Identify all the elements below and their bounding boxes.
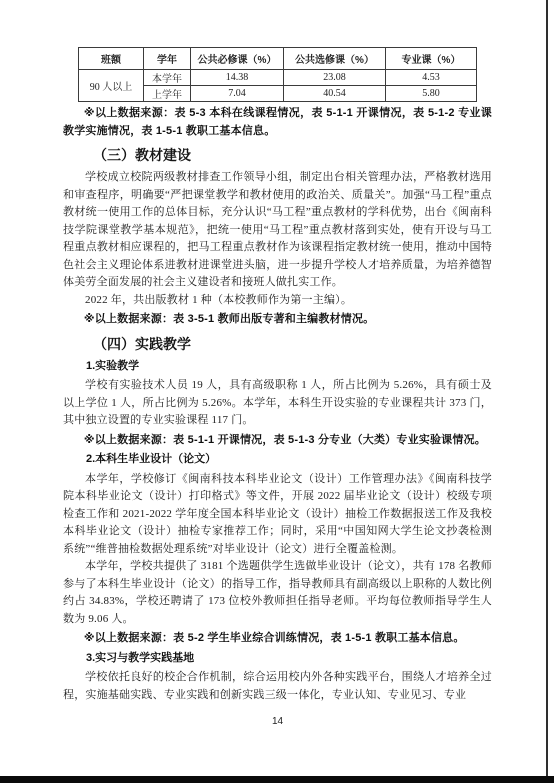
paragraph-textbook-2022: 2022 年，共出版教材 1 种（本校教师作为第一主编）。 <box>63 292 492 310</box>
cell-year: 上学年 <box>144 86 191 102</box>
table-row: 90 人以上 本学年 14.38 23.08 4.53 <box>79 70 477 86</box>
header-public-required: 公共必修课（%） <box>191 48 284 70</box>
data-source-note-textbook: ※以上数据来源：表 3-5-1 教师出版专著和主编教材情况。 <box>63 311 492 329</box>
header-public-elective: 公共选修课（%） <box>284 48 386 70</box>
paragraph-experiment: 学校有实验技术人员 19 人，具有高级职称 1 人，所占比例为 5.26%，具有… <box>63 377 492 430</box>
subsection-thesis: 2.本科生毕业设计（论文） <box>63 451 492 469</box>
paragraph-textbook: 学校成立校院两级教材排查工作领导小组，制定出台相关管理办法，严格教材选用和审查程… <box>63 169 492 292</box>
header-major-course: 专业课（%） <box>386 48 477 70</box>
document-page: 班额 学年 公共必修课（%） 公共选修课（%） 专业课（%） 90 人以上 本学… <box>0 0 554 783</box>
section-heading-practice: （四）实践教学 <box>63 334 492 354</box>
class-size-course-ratio-table: 班额 学年 公共必修课（%） 公共选修课（%） 专业课（%） 90 人以上 本学… <box>78 47 477 102</box>
header-school-year: 学年 <box>144 48 191 70</box>
cell-value: 23.08 <box>284 70 386 86</box>
cell-value: 5.80 <box>386 86 477 102</box>
data-source-note-table: ※以上数据来源：表 5-3 本科在线课程情况，表 5-1-1 开课情况，表 5-… <box>63 105 492 140</box>
subsection-experiment: 1.实验教学 <box>63 358 492 376</box>
page-content: 班额 学年 公共必修课（%） 公共选修课（%） 专业课（%） 90 人以上 本学… <box>0 0 554 727</box>
cell-value: 4.53 <box>386 70 477 86</box>
table-header-row: 班额 学年 公共必修课（%） 公共选修课（%） 专业课（%） <box>79 48 477 70</box>
cell-class-size-group: 90 人以上 <box>79 70 144 102</box>
scan-edge-bottom-bar <box>0 776 554 783</box>
paragraph-thesis-1: 本学年，学校修订《闽南科技本科毕业论文（设计）工作管理办法》《闽南科技学院本科毕… <box>63 471 492 559</box>
paragraph-internship: 学校依托良好的校企合作机制，综合运用校内外各种实践平台，围绕人才培养全过程，实施… <box>63 669 492 704</box>
section-heading-textbook: （三）教材建设 <box>63 145 492 165</box>
data-source-note-thesis: ※以上数据来源：表 5-2 学生毕业综合训练情况，表 1-5-1 教职工基本信息… <box>63 630 492 648</box>
data-source-note-experiment: ※以上数据来源：表 5-1-1 开课情况，表 5-1-3 分专业（大类）专业实验… <box>63 432 492 450</box>
scan-edge-right-line <box>546 0 548 778</box>
paragraph-thesis-2: 本学年，学校共提供了 3181 个选题供学生选做毕业设计（论文），共有 178 … <box>63 558 492 628</box>
subsection-internship: 3.实习与教学实践基地 <box>63 650 492 668</box>
header-class-size: 班额 <box>79 48 144 70</box>
cell-value: 14.38 <box>191 70 284 86</box>
cell-value: 7.04 <box>191 86 284 102</box>
cell-year: 本学年 <box>144 70 191 86</box>
cell-value: 40.54 <box>284 86 386 102</box>
page-number: 14 <box>63 716 492 727</box>
